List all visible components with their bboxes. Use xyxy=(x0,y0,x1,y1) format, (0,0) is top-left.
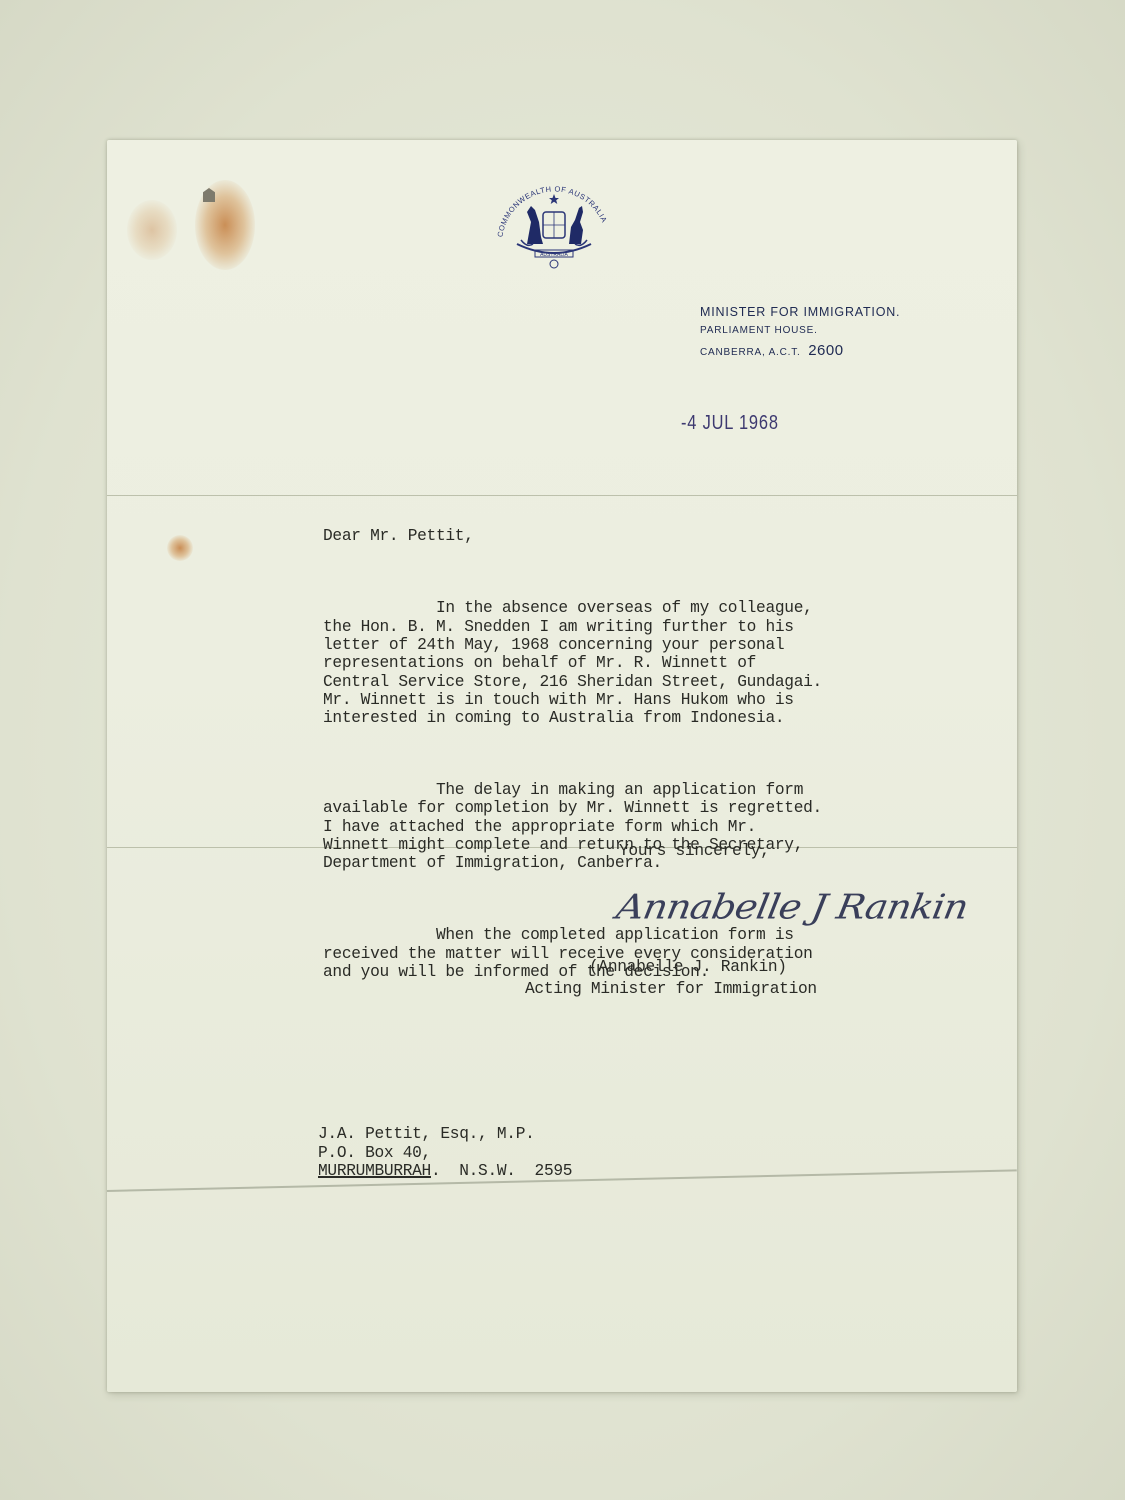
signatory-title: Acting Minister for Immigration xyxy=(525,980,817,998)
closing: Yours sincerely, xyxy=(619,842,770,860)
svg-text:AUSTRALIA: AUSTRALIA xyxy=(540,252,568,258)
rust-stain xyxy=(127,200,177,260)
date-stamp: -4 JUL 1968 xyxy=(681,412,779,435)
paragraph-1: In the absence overseas of my colleague,… xyxy=(323,599,903,727)
coat-of-arms-icon: COMMONWEALTH OF AUSTRALIA AUSTRALIA xyxy=(487,182,622,277)
letter-page: COMMONWEALTH OF AUSTRALIA AUSTRALIA MINI… xyxy=(107,140,1017,1392)
letterhead: MINISTER FOR IMMIGRATION. PARLIAMENT HOU… xyxy=(700,305,900,359)
recipient-name: J.A. Pettit, Esq., M.P. xyxy=(318,1125,572,1144)
svg-text:COMMONWEALTH OF AUSTRALIA: COMMONWEALTH OF AUSTRALIA xyxy=(495,184,609,237)
letterhead-title: MINISTER FOR IMMIGRATION. xyxy=(700,305,900,319)
letterhead-address-line1: PARLIAMENT HOUSE. xyxy=(700,325,900,336)
recipient-po-box: P.O. Box 40, xyxy=(318,1144,572,1163)
paragraph-2: The delay in making an application form … xyxy=(323,781,903,872)
letter-body: Dear Mr. Pettit, In the absence overseas… xyxy=(323,490,903,1035)
signatory-name: (Annabelle J. Rankin) xyxy=(589,958,787,976)
recipient-address: J.A. Pettit, Esq., M.P. P.O. Box 40, MUR… xyxy=(318,1125,572,1181)
letterhead-address-line2: CANBERRA, A.C.T. xyxy=(700,347,801,358)
handwritten-signature: Annabelle J Rankin xyxy=(614,887,971,927)
recipient-town: MURRUMBURRAH xyxy=(318,1162,431,1180)
rust-stain xyxy=(167,535,193,561)
recipient-state-postcode: . N.S.W. 2595 xyxy=(431,1162,572,1180)
letterhead-postcode: 2600 xyxy=(808,342,843,359)
salutation: Dear Mr. Pettit, xyxy=(323,527,903,545)
